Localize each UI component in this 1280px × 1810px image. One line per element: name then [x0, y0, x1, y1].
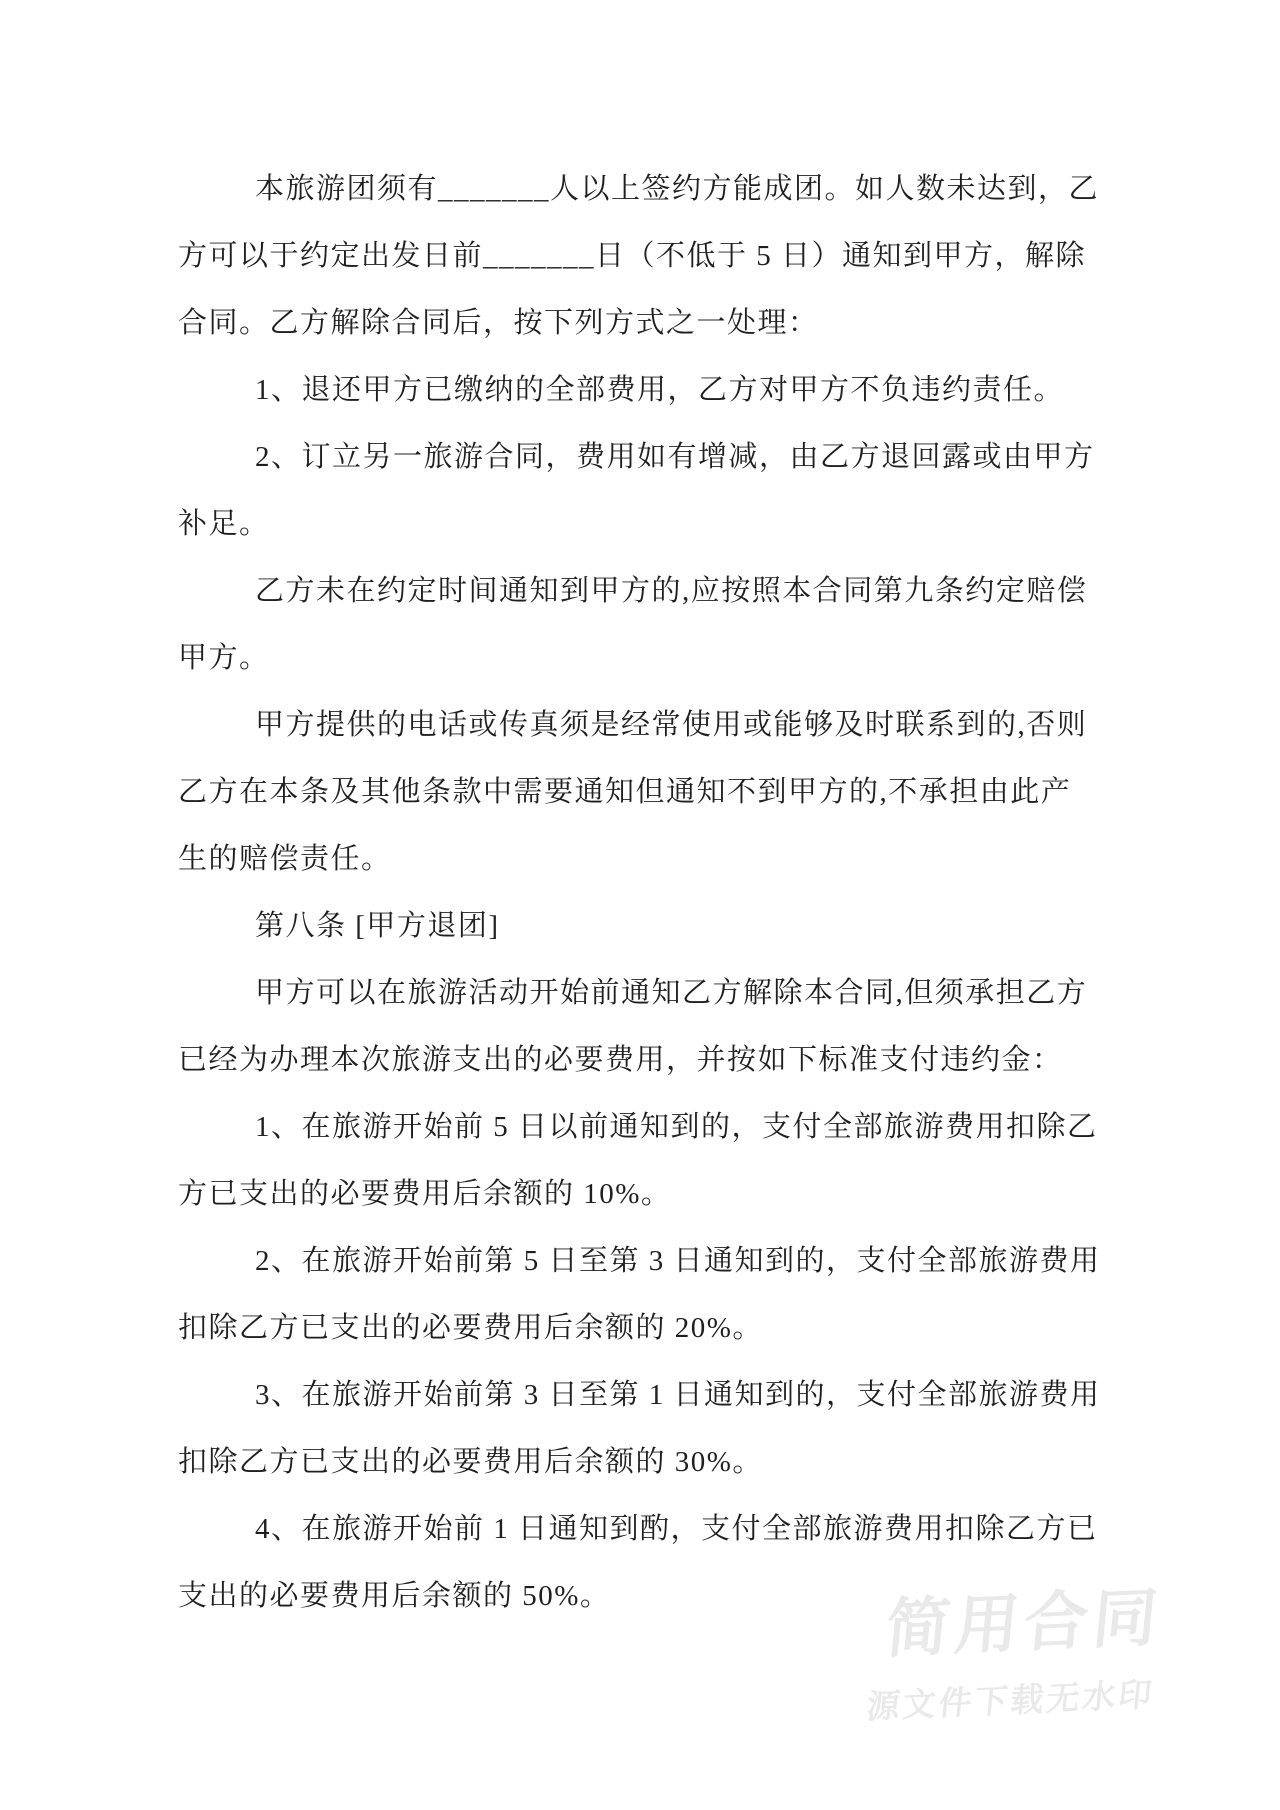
- text-line: 4、在旅游开始前 1 日通知到酌，支付全部旅游费用扣除乙方已: [178, 1496, 1138, 1563]
- text-line: 生的赔偿责任。: [178, 826, 1138, 893]
- text-line: 甲方提供的电话或传真须是经常使用或能够及时联系到的,否则: [178, 692, 1138, 759]
- text-line: 3、在旅游开始前第 3 日至第 1 日通知到的，支付全部旅游费用: [178, 1362, 1138, 1429]
- text-line: 扣除乙方已支出的必要费用后余额的 20%。: [178, 1295, 1138, 1362]
- contract-page: 本旅游团须有_______人以上签约方能成团。如人数未达到，乙方可以于约定出发日…: [0, 0, 1280, 1810]
- text-line: 甲方可以在旅游活动开始前通知乙方解除本合同,但须承担乙方: [178, 960, 1138, 1027]
- text-line: 1、在旅游开始前 5 日以前通知到的，支付全部旅游费用扣除乙: [178, 1094, 1138, 1161]
- document-body: 本旅游团须有_______人以上签约方能成团。如人数未达到，乙方可以于约定出发日…: [178, 156, 1138, 1630]
- text-line: 方可以于约定出发日前_______日（不低于 5 日）通知到甲方，解除: [178, 223, 1138, 290]
- text-line: 1、退还甲方已缴纳的全部费用，乙方对甲方不负违约责任。: [178, 357, 1138, 424]
- watermark-title: 简用合同: [871, 1585, 1165, 1662]
- text-line: 2、订立另一旅游合同，费用如有增减，由乙方退回露或由甲方: [178, 424, 1138, 491]
- watermark-subtitle: 源文件下载无水印: [865, 1677, 1156, 1724]
- text-line: 补足。: [178, 491, 1138, 558]
- text-line: 合同。乙方解除合同后，按下列方式之一处理：: [178, 290, 1138, 357]
- text-line: 方已支出的必要费用后余额的 10%。: [178, 1161, 1138, 1228]
- text-line: 乙方未在约定时间通知到甲方的,应按照本合同第九条约定赔偿: [178, 558, 1138, 625]
- watermark: 简用合同 源文件下载无水印: [865, 1585, 1165, 1724]
- text-line: 扣除乙方已支出的必要费用后余额的 30%。: [178, 1429, 1138, 1496]
- text-line: 本旅游团须有_______人以上签约方能成团。如人数未达到，乙: [178, 156, 1138, 223]
- text-line: 乙方在本条及其他条款中需要通知但通知不到甲方的,不承担由此产: [178, 759, 1138, 826]
- text-line: 已经为办理本次旅游支出的必要费用，并按如下标准支付违约金：: [178, 1027, 1138, 1094]
- text-line: 甲方。: [178, 625, 1138, 692]
- text-line: 2、在旅游开始前第 5 日至第 3 日通知到的，支付全部旅游费用: [178, 1228, 1138, 1295]
- text-line: 第八条 [甲方退团]: [178, 893, 1138, 960]
